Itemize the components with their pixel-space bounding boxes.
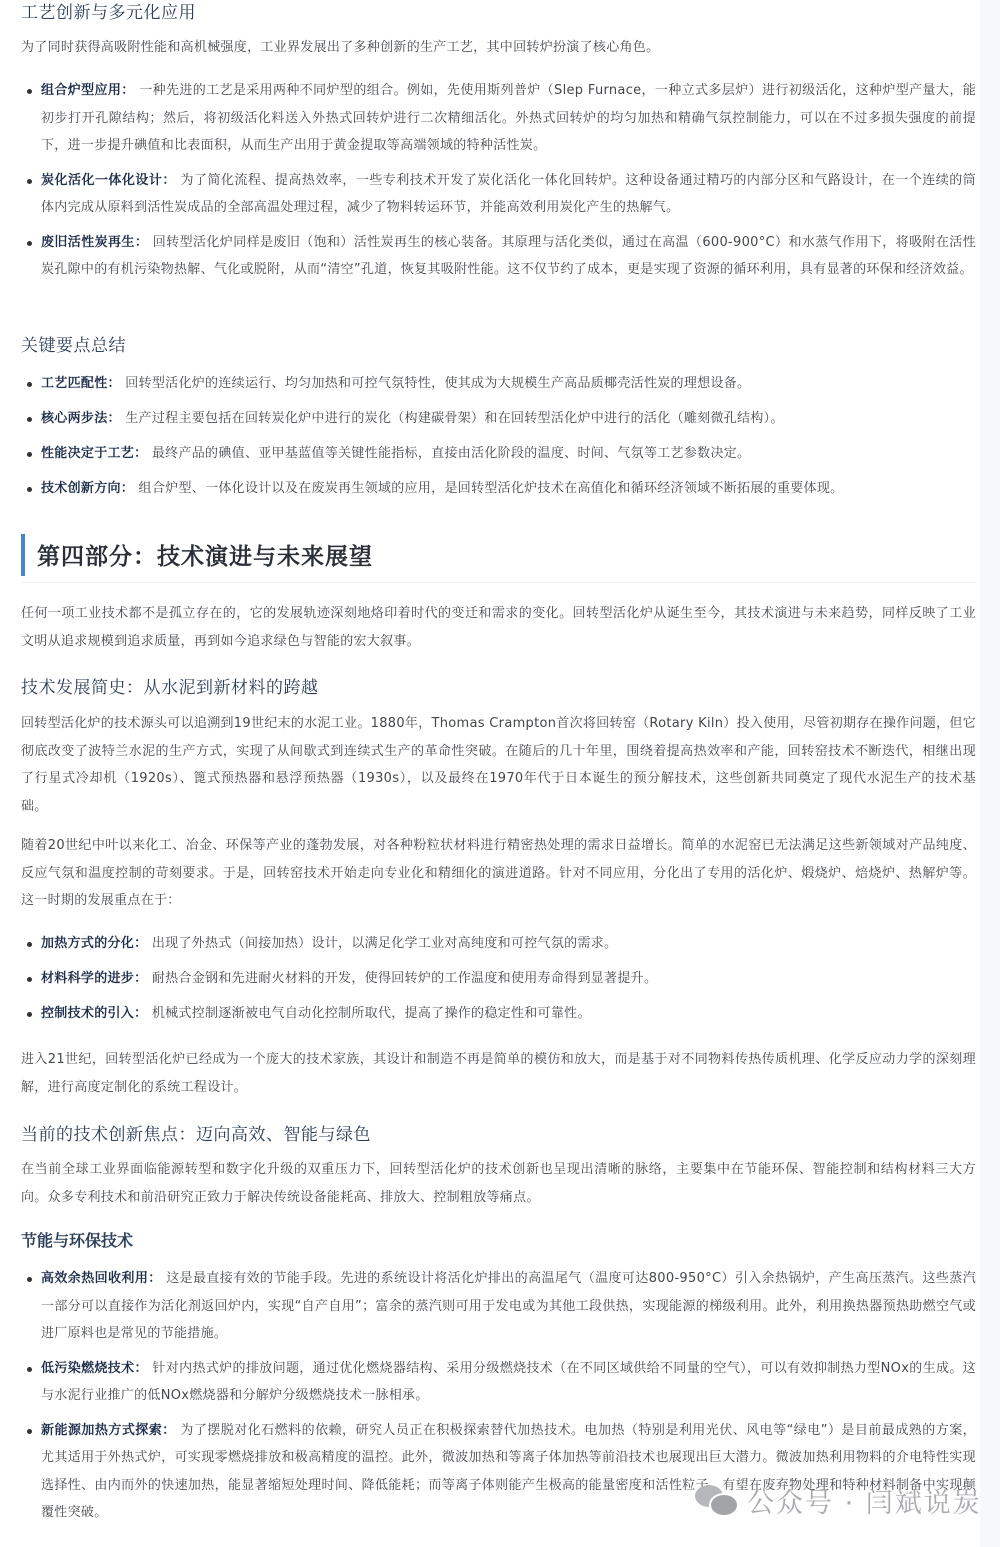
bullet-icon — [27, 1429, 32, 1434]
watermark: 公众号 · 闫斌说炭 — [695, 1480, 982, 1520]
list-item: 高效余热回收利用： 这是最直接有效的节能手段。先进的系统设计将活化炉排出的高温尾… — [21, 1265, 976, 1348]
heading-process-innovation: 工艺创新与多元化应用 — [21, 0, 196, 23]
paragraph-history-1: 回转型活化炉的技术源头可以追溯到19世纪末的水泥工业。1880年，Thomas … — [21, 710, 976, 820]
section-title: 第四部分：技术演进与未来展望 — [37, 538, 373, 571]
paragraph-current-focus: 在当前全球工业界面临能源转型和数字化升级的双重压力下，回转型活化炉的技术创新也呈… — [21, 1156, 976, 1211]
bullet-term: 技术创新方向： — [41, 481, 134, 496]
bullet-text: 最终产品的碘值、亚甲基蓝值等关键性能指标，直接由活化阶段的温度、时间、气氛等工艺… — [152, 446, 751, 461]
heading-current-focus: 当前的技术创新焦点：迈向高效、智能与绿色 — [21, 1120, 371, 1145]
bullet-icon — [27, 179, 32, 184]
bullet-term: 性能决定于工艺： — [41, 446, 147, 461]
list-item: 材料科学的进步： 耐热合金钢和先进耐火材料的开发，使得回转炉的工作温度和使用寿命… — [21, 965, 976, 993]
paragraph-history-2: 随着20世纪中叶以来化工、冶金、环保等产业的蓬勃发展，对各种粉粒状材料进行精密热… — [21, 832, 976, 915]
article-page: 工艺创新与多元化应用 为了同时获得高吸附性能和高机械强度，工业界发展出了多种创新… — [0, 0, 980, 1547]
bullet-term: 加热方式的分化： — [41, 936, 147, 951]
bullet-icon — [27, 487, 32, 492]
bullet-text: 回转型活化炉的连续运行、均匀加热和可控气氛特性，使其成为大规模生产高品质椰壳活性… — [125, 376, 750, 391]
list-item: 炭化活化一体化设计： 为了简化流程、提高热效率，一些专利技术开发了炭化活化一体化… — [21, 167, 976, 222]
list-process-innovation: 组合炉型应用： 一种先进的工艺是采用两种不同炉型的组合。例如，先使用斯列普炉（S… — [21, 77, 976, 284]
list-key-points: 工艺匹配性： 回转型活化炉的连续运行、均匀加热和可控气氛特性，使其成为大规模生产… — [21, 370, 976, 503]
bullet-icon — [27, 417, 32, 422]
list-item: 组合炉型应用： 一种先进的工艺是采用两种不同炉型的组合。例如，先使用斯列普炉（S… — [21, 77, 976, 160]
bullet-text: 一种先进的工艺是采用两种不同炉型的组合。例如，先使用斯列普炉（Slep Furn… — [41, 83, 976, 153]
list-item: 性能决定于工艺： 最终产品的碘值、亚甲基蓝值等关键性能指标，直接由活化阶段的温度… — [21, 440, 976, 468]
list-item: 低污染燃烧技术： 针对内热式炉的排放问题，通过优化燃烧器结构、采用分级燃烧技术（… — [21, 1355, 976, 1410]
heading-energy-saving: 节能与环保技术 — [21, 1228, 133, 1251]
list-item: 控制技术的引入： 机械式控制逐渐被电气自动化控制所取代，提高了操作的稳定性和可靠… — [21, 1000, 976, 1028]
section-header-part4: 第四部分：技术演进与未来展望 — [21, 530, 976, 583]
paragraph-history-3: 进入21世纪，回转型活化炉已经成为一个庞大的技术家族，其设计和制造不再是简单的模… — [21, 1046, 976, 1101]
bullet-text: 出现了外热式（间接加热）设计，以满足化学工业对高纯度和可控气氛的需求。 — [152, 936, 618, 951]
bullet-icon — [27, 89, 32, 94]
paragraph-part4-intro: 任何一项工业技术都不是孤立存在的，它的发展轨迹深刻地烙印着时代的变迁和需求的变化… — [21, 600, 976, 655]
list-item: 核心两步法： 生产过程主要包括在回转炭化炉中进行的炭化（构建碳骨架）和在回转型活… — [21, 405, 976, 433]
bullet-text: 组合炉型、一体化设计以及在废炭再生领域的应用，是回转型活化炉技术在高值化和循环经… — [139, 481, 844, 496]
bullet-text: 生产过程主要包括在回转炭化炉中进行的炭化（构建碳骨架）和在回转型活化炉中进行的活… — [125, 411, 784, 426]
bullet-term: 新能源加热方式探索： — [41, 1423, 176, 1438]
bullet-icon — [27, 241, 32, 246]
bullet-text: 针对内热式炉的排放问题，通过优化燃烧器结构、采用分级燃烧技术（在不同区域供给不同… — [41, 1361, 976, 1404]
bullet-text: 回转型活化炉同样是废旧（饱和）活性炭再生的核心装备。其原理与活化类似，通过在高温… — [41, 235, 976, 278]
bullet-term: 材料科学的进步： — [41, 971, 147, 986]
bullet-text: 机械式控制逐渐被电气自动化控制所取代，提高了操作的稳定性和可靠性。 — [152, 1006, 591, 1021]
bullet-term: 工艺匹配性： — [41, 376, 121, 391]
accent-bar — [21, 534, 25, 576]
bullet-icon — [27, 1277, 32, 1282]
bullet-term: 控制技术的引入： — [41, 1006, 147, 1021]
bullet-icon — [27, 1012, 32, 1017]
bullet-icon — [27, 1367, 32, 1372]
bullet-term: 低污染燃烧技术： — [41, 1361, 148, 1376]
list-item: 技术创新方向： 组合炉型、一体化设计以及在废炭再生领域的应用，是回转型活化炉技术… — [21, 475, 976, 503]
list-item: 加热方式的分化： 出现了外热式（间接加热）设计，以满足化学工业对高纯度和可控气氛… — [21, 930, 976, 958]
bullet-term: 高效余热回收利用： — [41, 1271, 162, 1286]
heading-history: 技术发展简史：从水泥到新材料的跨越 — [21, 673, 319, 698]
list-item: 工艺匹配性： 回转型活化炉的连续运行、均匀加热和可控气氛特性，使其成为大规模生产… — [21, 370, 976, 398]
list-item: 废旧活性炭再生： 回转型活化炉同样是废旧（饱和）活性炭再生的核心装备。其原理与活… — [21, 229, 976, 284]
list-history: 加热方式的分化： 出现了外热式（间接加热）设计，以满足化学工业对高纯度和可控气氛… — [21, 930, 976, 1028]
bullet-icon — [27, 977, 32, 982]
wechat-icon — [695, 1483, 739, 1517]
bullet-icon — [27, 382, 32, 387]
bullet-term: 炭化活化一体化设计： — [41, 173, 176, 188]
watermark-text: 公众号 · 闫斌说炭 — [747, 1481, 982, 1520]
bullet-term: 组合炉型应用： — [41, 83, 135, 98]
bullet-term: 废旧活性炭再生： — [41, 235, 148, 250]
bullet-text: 耐热合金钢和先进耐火材料的开发，使得回转炉的工作温度和使用寿命得到显著提升。 — [152, 971, 657, 986]
paragraph-process-intro: 为了同时获得高吸附性能和高机械强度，工业界发展出了多种创新的生产工艺，其中回转炉… — [21, 34, 976, 62]
heading-key-points: 关键要点总结 — [21, 331, 126, 356]
bullet-icon — [27, 942, 32, 947]
bullet-text: 为了简化流程、提高热效率，一些专利技术开发了炭化活化一体化回转炉。这种设备通过精… — [41, 173, 976, 216]
bullet-text: 这是最直接有效的节能手段。先进的系统设计将活化炉排出的高温尾气（温度可达800-… — [41, 1271, 976, 1341]
bullet-icon — [27, 452, 32, 457]
bullet-term: 核心两步法： — [41, 411, 121, 426]
